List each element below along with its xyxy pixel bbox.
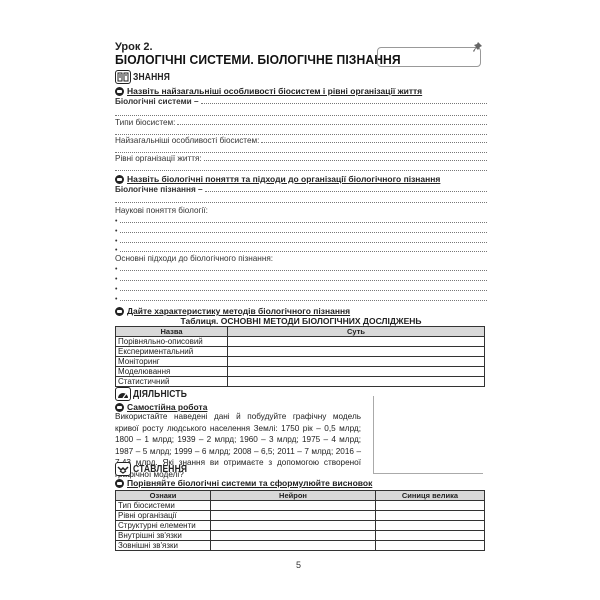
- bullet-line[interactable]: •: [115, 216, 487, 225]
- bullet-line[interactable]: •: [115, 294, 487, 303]
- table-caption: Таблиця. ОСНОВНІ МЕТОДИ БІОЛОГІЧНИХ ДОСЛ…: [115, 316, 487, 326]
- bullet-line[interactable]: •: [115, 245, 487, 254]
- answer-line[interactable]: [115, 164, 487, 171]
- answer-line[interactable]: Рівні організації життя:: [115, 154, 487, 163]
- task-heading: Порівняйте біологічні системи та сформул…: [115, 478, 372, 488]
- answer-line[interactable]: Типи біосистем:: [115, 118, 487, 127]
- table-row: Порівняльно-описовий: [116, 337, 485, 347]
- section-label: ДІЯЛЬНІСТЬ: [133, 389, 187, 400]
- task-icon: [115, 175, 124, 184]
- task-heading: Дайте характеристику методів біологічног…: [115, 306, 350, 316]
- answer-cell[interactable]: [376, 541, 485, 551]
- answer-cell[interactable]: [228, 357, 485, 367]
- answer-line[interactable]: Біологічне пізнання –: [115, 185, 487, 194]
- table-row: Моніторинг: [116, 357, 485, 367]
- answer-cell[interactable]: [376, 521, 485, 531]
- answer-cell[interactable]: [211, 511, 376, 521]
- answer-line[interactable]: [115, 146, 487, 153]
- bullet-line[interactable]: •: [115, 274, 487, 283]
- answer-cell[interactable]: [211, 541, 376, 551]
- row-label: Експериментальний: [116, 347, 228, 357]
- row-label: Зовнішні зв'язки: [116, 541, 211, 551]
- row-label: Моделювання: [116, 367, 228, 377]
- gauge-icon: [115, 387, 131, 401]
- column-header: Нейрон: [211, 491, 376, 501]
- section-label: ЗНАННЯ: [133, 72, 170, 83]
- row-label: Статистичний: [116, 377, 228, 387]
- table-row: Експериментальний: [116, 347, 485, 357]
- table-row: Внутрішні зв'язки: [116, 531, 485, 541]
- row-label: Внутрішні зв'язки: [116, 531, 211, 541]
- answer-cell[interactable]: [211, 501, 376, 511]
- row-label: Порівняльно-описовий: [116, 337, 228, 347]
- table-row: Зовнішні зв'язки: [116, 541, 485, 551]
- answer-cell[interactable]: [228, 367, 485, 377]
- bullet-line[interactable]: •: [115, 236, 487, 245]
- grade-box[interactable]: [377, 47, 481, 67]
- task-heading: Назвіть найзагальніші особливості біосис…: [115, 86, 422, 96]
- table-row: Моделювання: [116, 367, 485, 377]
- book-icon: [115, 70, 131, 84]
- table-row: Структурні елементи: [116, 521, 485, 531]
- answer-cell[interactable]: [228, 347, 485, 357]
- handshake-icon: [115, 462, 131, 476]
- task-heading: Назвіть біологічні поняття та підходи до…: [115, 174, 440, 184]
- task-icon: [115, 87, 124, 96]
- answer-line[interactable]: [115, 128, 487, 135]
- answer-cell[interactable]: [211, 531, 376, 541]
- row-label: Рівні організації: [116, 511, 211, 521]
- column-header: Синиця велика: [376, 491, 485, 501]
- answer-cell[interactable]: [228, 337, 485, 347]
- row-label: Структурні елементи: [116, 521, 211, 531]
- answer-line[interactable]: [115, 109, 487, 116]
- answer-cell[interactable]: [211, 521, 376, 531]
- answer-cell[interactable]: [376, 531, 485, 541]
- section-activity: ДІЯЛЬНІСТЬ: [115, 387, 197, 401]
- lesson-title: БІОЛОГІЧНІ СИСТЕМИ. БІОЛОГІЧНЕ ПІЗНАННЯ: [115, 53, 401, 67]
- clock-icon: [115, 479, 124, 488]
- section-knowledge: ЗНАННЯ: [115, 70, 177, 84]
- lesson-number: Урок 2.: [115, 41, 153, 53]
- concepts-label: Наукові поняття біології:: [115, 206, 487, 215]
- pushpin-icon: [471, 41, 483, 55]
- answer-line[interactable]: [115, 196, 487, 203]
- answer-line[interactable]: Найзагальніші особливості біосистем:: [115, 136, 487, 145]
- section-attitude: СТАВЛЕННЯ: [115, 462, 197, 476]
- answer-box[interactable]: [373, 396, 483, 474]
- column-header: Ознаки: [116, 491, 211, 501]
- table-row: Тип біосистеми: [116, 501, 485, 511]
- section-label: СТАВЛЕННЯ: [133, 464, 187, 475]
- bullet-line[interactable]: •: [115, 284, 487, 293]
- answer-line[interactable]: Біологічні системи –: [115, 97, 487, 106]
- answer-cell[interactable]: [228, 377, 485, 387]
- page-number: 5: [296, 560, 301, 570]
- table-row: Рівні організації: [116, 511, 485, 521]
- answer-cell[interactable]: [376, 501, 485, 511]
- bullet-line[interactable]: •: [115, 226, 487, 235]
- methods-table: Назва Суть Порівняльно-описовийЕкспериме…: [115, 326, 485, 387]
- answer-cell[interactable]: [376, 511, 485, 521]
- bullet-line[interactable]: •: [115, 264, 487, 273]
- row-label: Тип біосистеми: [116, 501, 211, 511]
- comparison-table: Ознаки Нейрон Синиця велика Тип біосисте…: [115, 490, 485, 551]
- table-row: Статистичний: [116, 377, 485, 387]
- task-icon: [115, 307, 124, 316]
- column-header: Суть: [228, 327, 485, 337]
- column-header: Назва: [116, 327, 228, 337]
- row-label: Моніторинг: [116, 357, 228, 367]
- approaches-label: Основні підходи до біологічного пізнання…: [115, 254, 487, 263]
